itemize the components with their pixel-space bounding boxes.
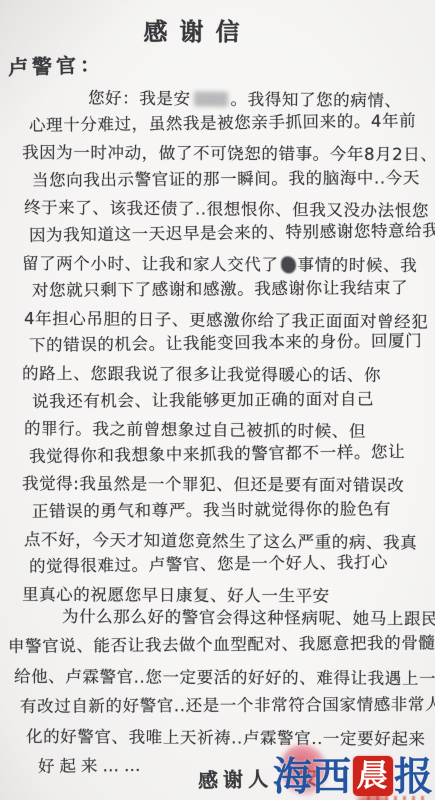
letter-line: 我觉得你和我想象中来抓我的警官都不一样。您让 (29, 438, 435, 471)
watermark-text-haixi: 海西 (273, 758, 351, 797)
letter-line: 有改过自新的好警官..还是一个非常符合国家情感非常人性 (20, 690, 434, 722)
redacted-name-blur (194, 91, 228, 106)
letter-salutation: 卢警官： (8, 48, 105, 80)
watermark-text-bao: 报 (394, 758, 433, 797)
letter-line: 对您就只剩下了感谢和感激。我感谢你让我结束了 (32, 274, 435, 304)
letter-paragraph-1: 您好：我是安。我得知了您的病情、 心理十分难过，虽然我是被您亲手抓回来的。4年前… (24, 84, 432, 608)
letter-line: 正错误的勇气和尊严。我当时就觉得你的脸色有 (32, 495, 435, 525)
letter-paragraph-2: 为什么那么好的警官会得这种怪病呢、她马上跟民警提 申警官说、能否让我去做个血型配… (8, 602, 434, 782)
letter-line: 心理十分难过，虽然我是被您亲手抓回来的。4年前 (29, 107, 435, 140)
seal-icon: 晨 (353, 756, 393, 796)
letter-photo: 感谢信 卢警官： 您好：我是安。我得知了您的病情、 心理十分难过，虽然我是被您亲… (0, 0, 435, 800)
letter-line: 当您向我出示警官证的那一瞬间。我的脑海中..今天 (32, 164, 435, 194)
letter-line: 申警官说、能否让我去做个血型配对、我愿意把我的骨髓捐 (8, 628, 434, 662)
redacted-char-scribble (280, 256, 295, 273)
letter-line: 因为我知道这一天迟早是会来的、特别感谢您特意给我 (29, 217, 435, 250)
family-text-pre: 留了两个小时、让我和家人交代了 (22, 254, 279, 274)
newspaper-watermark: 海西 晨 报 (273, 756, 433, 798)
family-text-post: 事情的时候、我 (297, 255, 417, 275)
letter-line: 说我还有机会、让我能够更加正确的面对自己 (32, 385, 435, 415)
letter-line: 的觉得很难过。卢警官、您是一个好人、我打心 (29, 548, 435, 581)
letter-title: 感谢信 (0, 12, 395, 47)
letter-line: 下的错误的机会。让我能变回我本来的身份。回厦门 (29, 327, 435, 360)
seal-character: 晨 (356, 761, 389, 792)
opening-text-pre: 您好：我是安 (88, 89, 191, 109)
